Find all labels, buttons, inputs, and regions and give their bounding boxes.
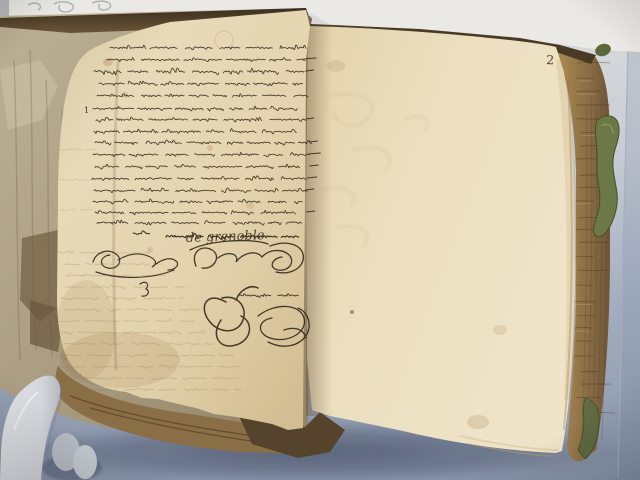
- manuscript-photo-canvas: 2 1 de grenoble: [0, 0, 640, 480]
- photo-vignette: [0, 0, 640, 480]
- photograph-of-manuscript: 2 1 de grenoble: [0, 0, 640, 480]
